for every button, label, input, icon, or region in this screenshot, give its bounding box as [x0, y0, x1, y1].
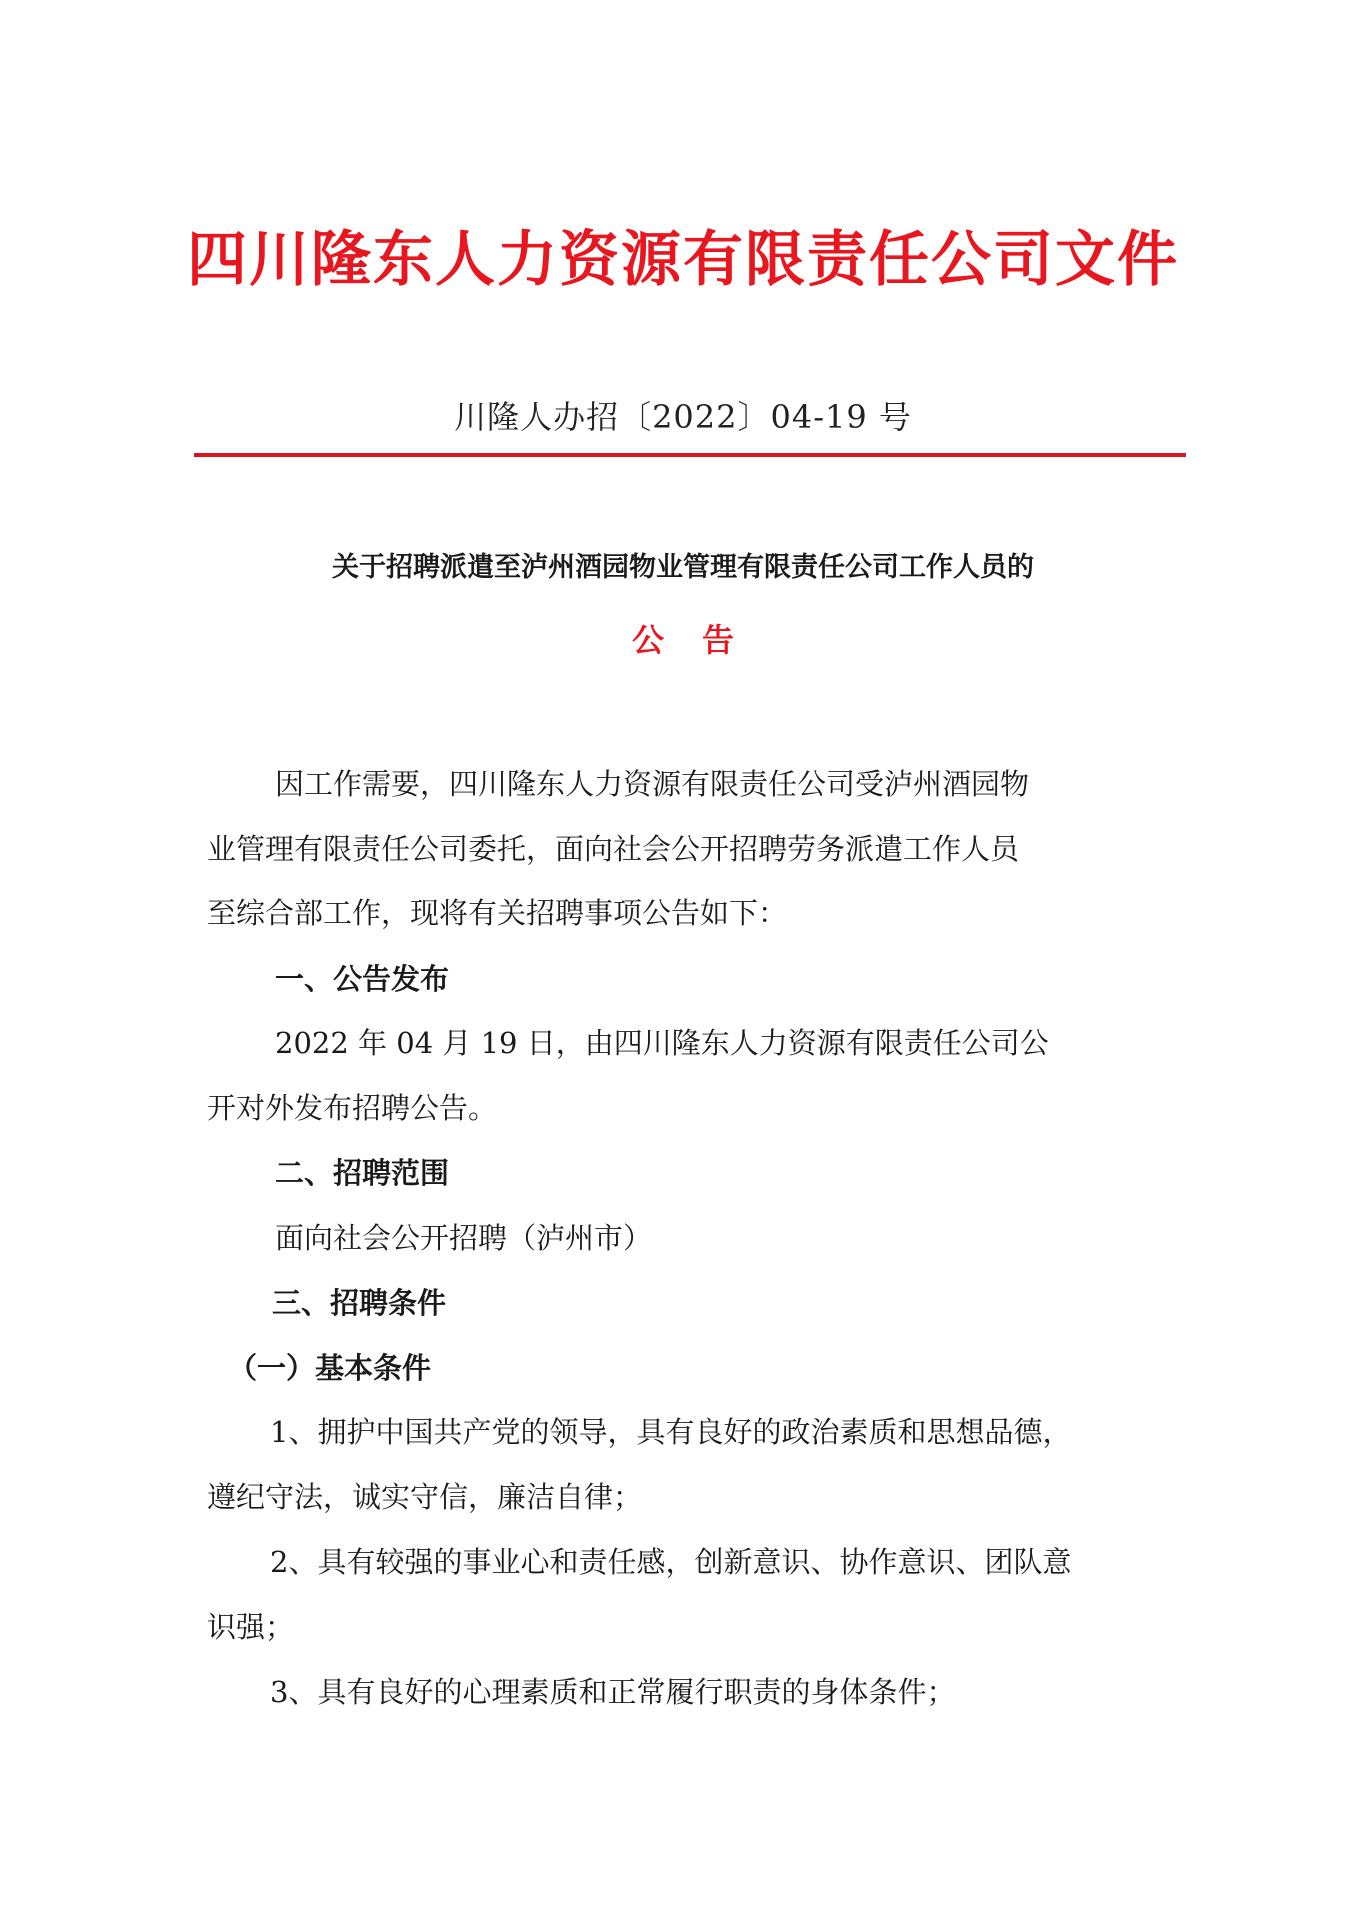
- condition-item-2-line-1: 2、具有较强的事业心和责任感，创新意识、协作意识、团队意: [270, 1542, 1071, 1582]
- section-heading-conditions: 三、招聘条件: [272, 1283, 446, 1323]
- subsection-heading-basic: （一）基本条件: [228, 1348, 431, 1388]
- condition-item-3-line-1: 3、具有良好的心理素质和正常履行职责的身体条件；: [270, 1672, 955, 1712]
- intro-line-3: 至综合部工作，现将有关招聘事项公告如下：: [207, 893, 787, 933]
- document-header-title: 四川隆东人力资源有限责任公司文件: [0, 222, 1366, 298]
- red-divider-rule: [194, 453, 1186, 457]
- condition-item-1-line-2: 遵纪守法，诚实守信，廉洁自律；: [207, 1477, 642, 1517]
- section2-line-1: 面向社会公开招聘（泸州市）: [275, 1218, 652, 1258]
- section-heading-scope: 二、招聘范围: [275, 1153, 449, 1193]
- document-page: 四川隆东人力资源有限责任公司文件 川隆人办招〔2022〕04-19 号 关于招聘…: [0, 0, 1366, 1931]
- condition-item-1-line-1: 1、拥护中国共产党的领导，具有良好的政治素质和思想品德，: [270, 1412, 1071, 1452]
- announcement-subject: 关于招聘派遣至泸州酒园物业管理有限责任公司工作人员的: [0, 548, 1366, 588]
- document-number: 川隆人办招〔2022〕04-19 号: [0, 395, 1366, 439]
- intro-line-2: 业管理有限责任公司委托，面向社会公开招聘劳务派遣工作人员: [207, 829, 1019, 869]
- section1-line-1: 2022 年 04 月 19 日，由四川隆东人力资源有限责任公司公: [275, 1023, 1049, 1063]
- announcement-notice-word: 公告: [0, 618, 1366, 662]
- section1-line-2: 开对外发布招聘公告。: [207, 1088, 497, 1128]
- intro-line-1: 因工作需要，四川隆东人力资源有限责任公司受泸州酒园物: [275, 764, 1029, 804]
- condition-item-2-line-2: 识强；: [207, 1607, 294, 1647]
- section-heading-publish: 一、公告发布: [275, 959, 449, 999]
